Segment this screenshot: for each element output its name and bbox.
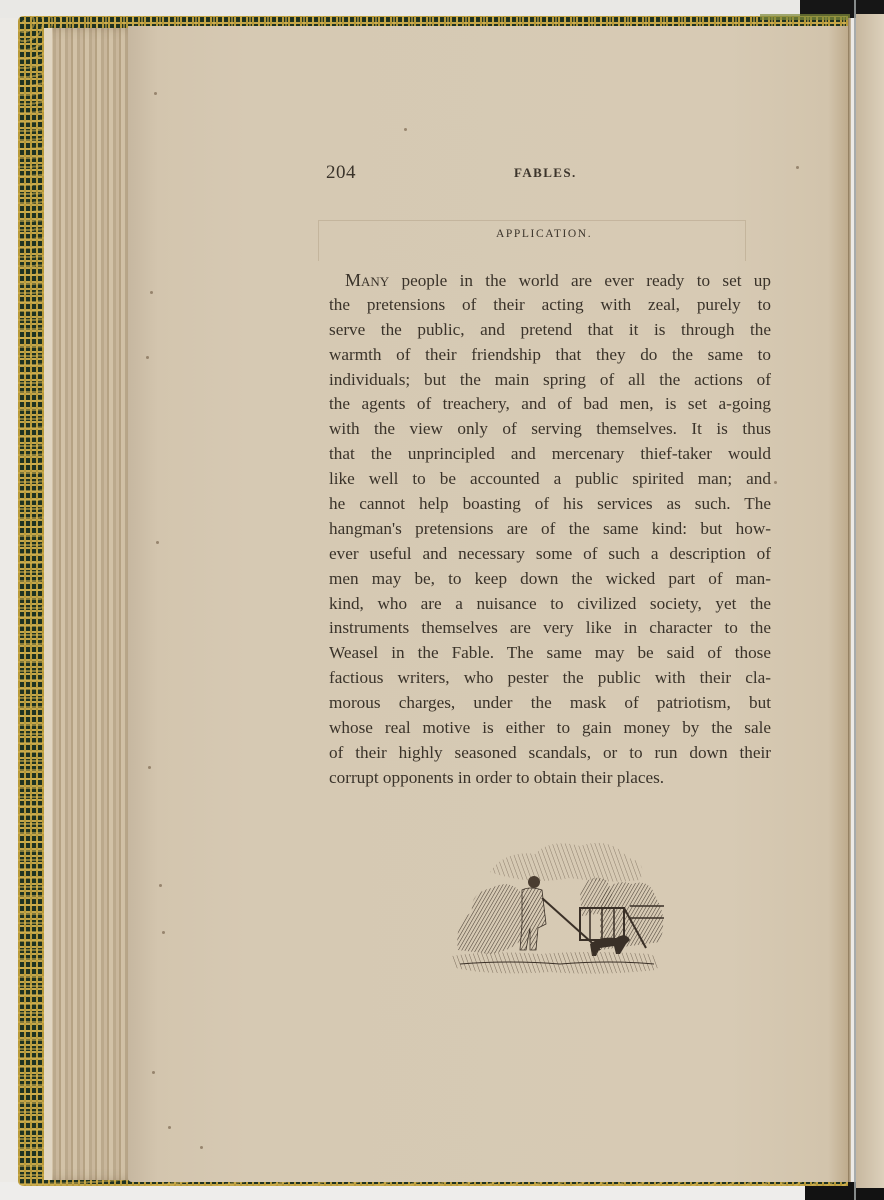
text-line: instruments themselves are very like in … [329,616,771,641]
text-line: he cannot help boasting of his services … [329,492,771,517]
text-line: ever useful and necessary some of such a… [329,542,771,567]
text-line: like well to be accounted a public spiri… [329,467,771,492]
text-line: morous charges, under the mask of patrio… [329,691,771,716]
text-line: factious writers, who pester the public … [329,666,771,691]
text-line: corrupt opponents in order to obtain the… [329,766,771,791]
text-line: warmth of their friendship that they do … [329,343,771,368]
page-block-edges [44,28,136,1180]
plate-mark [318,220,746,261]
adjacent-page-edge [856,14,884,1188]
illustration-icon [450,832,670,982]
text-line: the pretensions of their acting with zea… [329,293,771,318]
lead-word: Many [345,270,389,290]
page-gutter [848,18,851,1182]
text-line: with the view only of serving themselves… [329,417,771,442]
body-paragraph: Many people in the world are ever ready … [329,268,771,791]
page-number: 204 [326,162,356,184]
section-heading: APPLICATION. [496,228,592,240]
woodcut-vignette [450,832,670,982]
text-line: serve the public, and pretend that it is… [329,318,771,343]
text-line: whose real motive is either to gain mone… [329,716,771,741]
text-line: that the unprincipled and mercenary thie… [329,442,771,467]
scanner-glass-edge [854,0,856,1200]
text-line: men may be, to keep down the wicked part… [329,567,771,592]
text-line: of their highly seasoned scandals, or to… [329,741,771,766]
running-head: 204 FABLES. [326,160,766,186]
text-line: the agents of treachery, and of bad men,… [329,392,771,417]
text-line: Weasel in the Fable. The same may be sai… [329,641,771,666]
text-line: kind, who are a nuisance to civilized so… [329,592,771,617]
text-line: individuals; but the main spring of all … [329,368,771,393]
text-line: hangman's pretensions are of the same ki… [329,517,771,542]
cover-trim [760,14,850,20]
running-title: FABLES. [514,165,577,181]
text-line: Many people in the world are ever ready … [329,268,771,293]
